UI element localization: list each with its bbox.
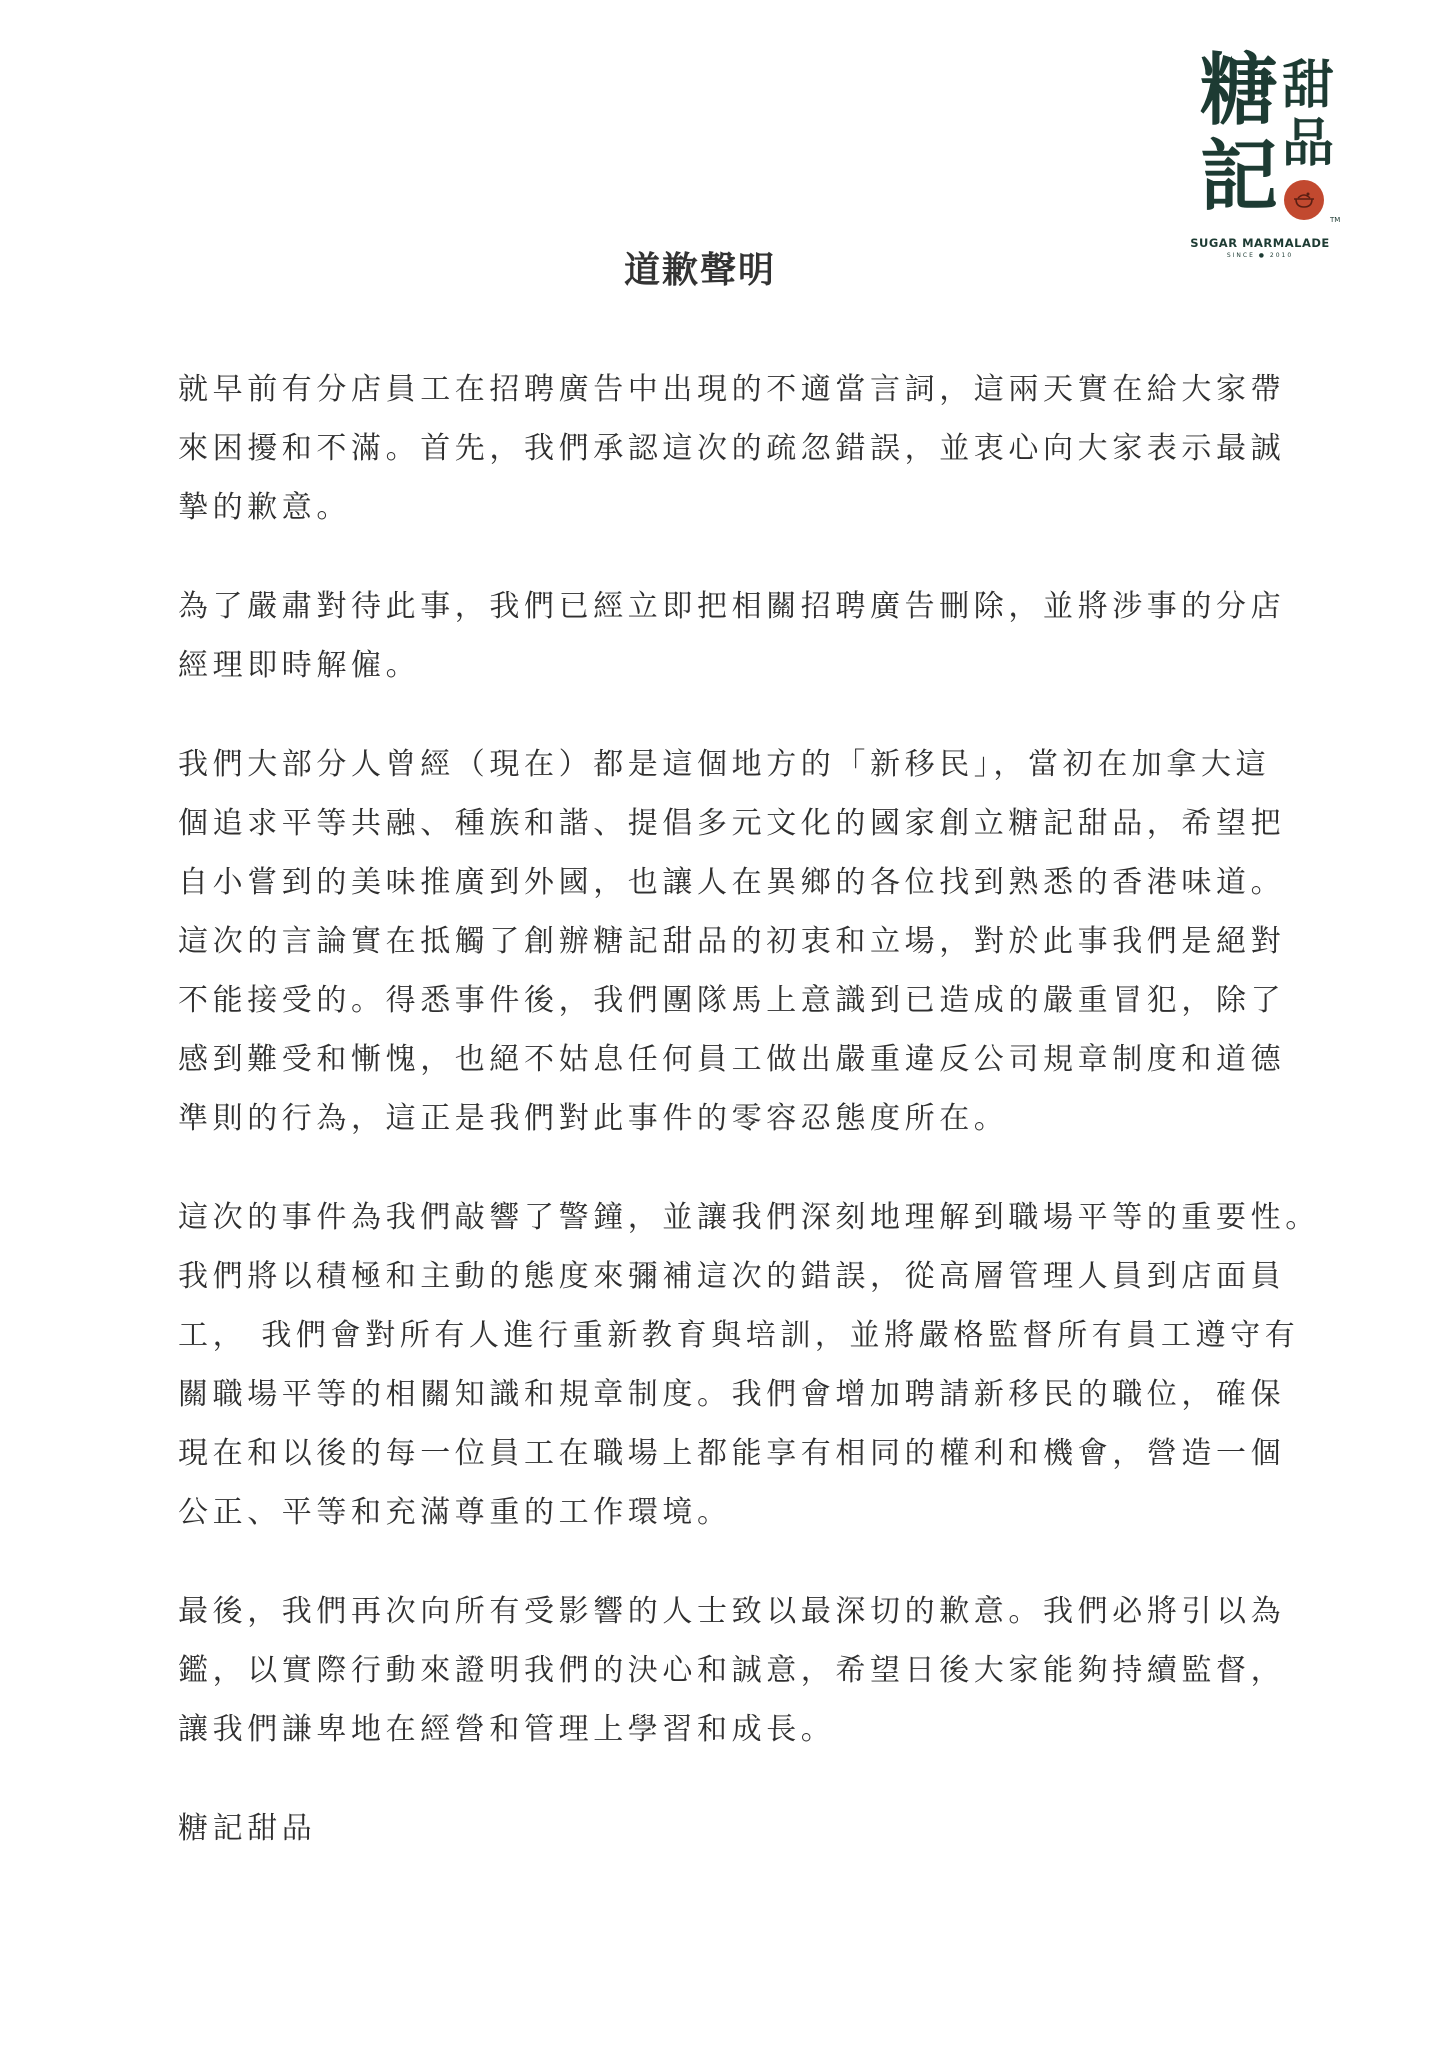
trademark-mark: TM — [1330, 216, 1340, 224]
text-line: 個追求平等共融、種族和諧、提倡多元文化的國家創立糖記甜品，希望把 — [178, 794, 1328, 853]
paragraph-5: 最後，我們再次向所有受影響的人士致以最深切的歉意。我們必將引以為 鑑，以實際行動… — [178, 1582, 1328, 1759]
text-line: 準則的行為，這正是我們對此事件的零容忍態度所在。 — [178, 1089, 1328, 1148]
logo-mark: 糖 記 甜 品 TM — [1160, 48, 1360, 228]
logo-char-gei: 記 — [1200, 138, 1278, 216]
statement-body: 就早前有分店員工在招聘廣告中出現的不適當言詞，這兩天實在給大家帶 來困擾和不滿。… — [178, 360, 1328, 1858]
text-line: 我們將以積極和主動的態度來彌補這次的錯誤，從高層管理人員到店面員 — [178, 1247, 1328, 1306]
paragraph-4: 這次的事件為我們敲響了警鐘，並讓我們深刻地理解到職場平等的重要性。 我們將以積極… — [178, 1188, 1328, 1542]
text-line: 鑑，以實際行動來證明我們的決心和誠意，希望日後大家能夠持續監督， — [178, 1641, 1328, 1700]
text-line: 工， 我們會對所有人進行重新教育與培訓，並將嚴格監督所有員工遵守有 — [178, 1306, 1328, 1365]
page-title: 道歉聲明 — [0, 242, 1400, 293]
paragraph-2: 為了嚴肅對待此事，我們已經立即把相關招聘廣告刪除，並將涉事的分店 經理即時解僱。 — [178, 577, 1328, 695]
logo-char-tim: 甜 — [1282, 60, 1334, 112]
text-line: 感到難受和慚愧，也絕不姑息任何員工做出嚴重違反公司規章制度和道德 — [178, 1030, 1328, 1089]
text-line: 我們大部分人曾經（現在）都是這個地方的「新移民」，當初在加拿大這 — [178, 735, 1328, 794]
text-line: 關職場平等的相關知識和規章制度。我們會增加聘請新移民的職位，確保 — [178, 1365, 1328, 1424]
logo-char-tang: 糖 — [1200, 52, 1278, 130]
text-line: 讓我們謙卑地在經營和管理上學習和成長。 — [178, 1700, 1328, 1759]
signature: 糖記甜品 — [178, 1799, 1328, 1858]
text-line: 最後，我們再次向所有受影響的人士致以最深切的歉意。我們必將引以為 — [178, 1582, 1328, 1641]
logo-char-ban: 品 — [1282, 118, 1334, 170]
text-line: 就早前有分店員工在招聘廣告中出現的不適當言詞，這兩天實在給大家帶 — [178, 360, 1328, 419]
paragraph-1: 就早前有分店員工在招聘廣告中出現的不適當言詞，這兩天實在給大家帶 來困擾和不滿。… — [178, 360, 1328, 537]
brand-logo: 糖 記 甜 品 TM SUGAR MARMALADE SINCE ● 2010 — [1160, 48, 1360, 268]
text-line: 這次的言論實在抵觸了創辦糖記甜品的初衷和立場，對於此事我們是絕對 — [178, 912, 1328, 971]
text-line: 現在和以後的每一位員工在職場上都能享有相同的權利和機會，營造一個 — [178, 1424, 1328, 1483]
text-line: 為了嚴肅對待此事，我們已經立即把相關招聘廣告刪除，並將涉事的分店 — [178, 577, 1328, 636]
text-line: 經理即時解僱。 — [178, 636, 1328, 695]
text-line: 這次的事件為我們敲響了警鐘，並讓我們深刻地理解到職場平等的重要性。 — [178, 1188, 1328, 1247]
text-line: 公正、平等和充滿尊重的工作環境。 — [178, 1483, 1328, 1542]
text-line: 來困擾和不滿。首先，我們承認這次的疏忽錯誤，並衷心向大家表示最誠 — [178, 419, 1328, 478]
text-line: 摯的歉意。 — [178, 478, 1328, 537]
text-line: 自小嘗到的美味推廣到外國，也讓人在異鄉的各位找到熟悉的香港味道。 — [178, 853, 1328, 912]
paragraph-3: 我們大部分人曾經（現在）都是這個地方的「新移民」，當初在加拿大這 個追求平等共融… — [178, 735, 1328, 1148]
dessert-bowl-icon — [1284, 180, 1324, 220]
text-line: 不能接受的。得悉事件後，我們團隊馬上意識到已造成的嚴重冒犯，除了 — [178, 971, 1328, 1030]
